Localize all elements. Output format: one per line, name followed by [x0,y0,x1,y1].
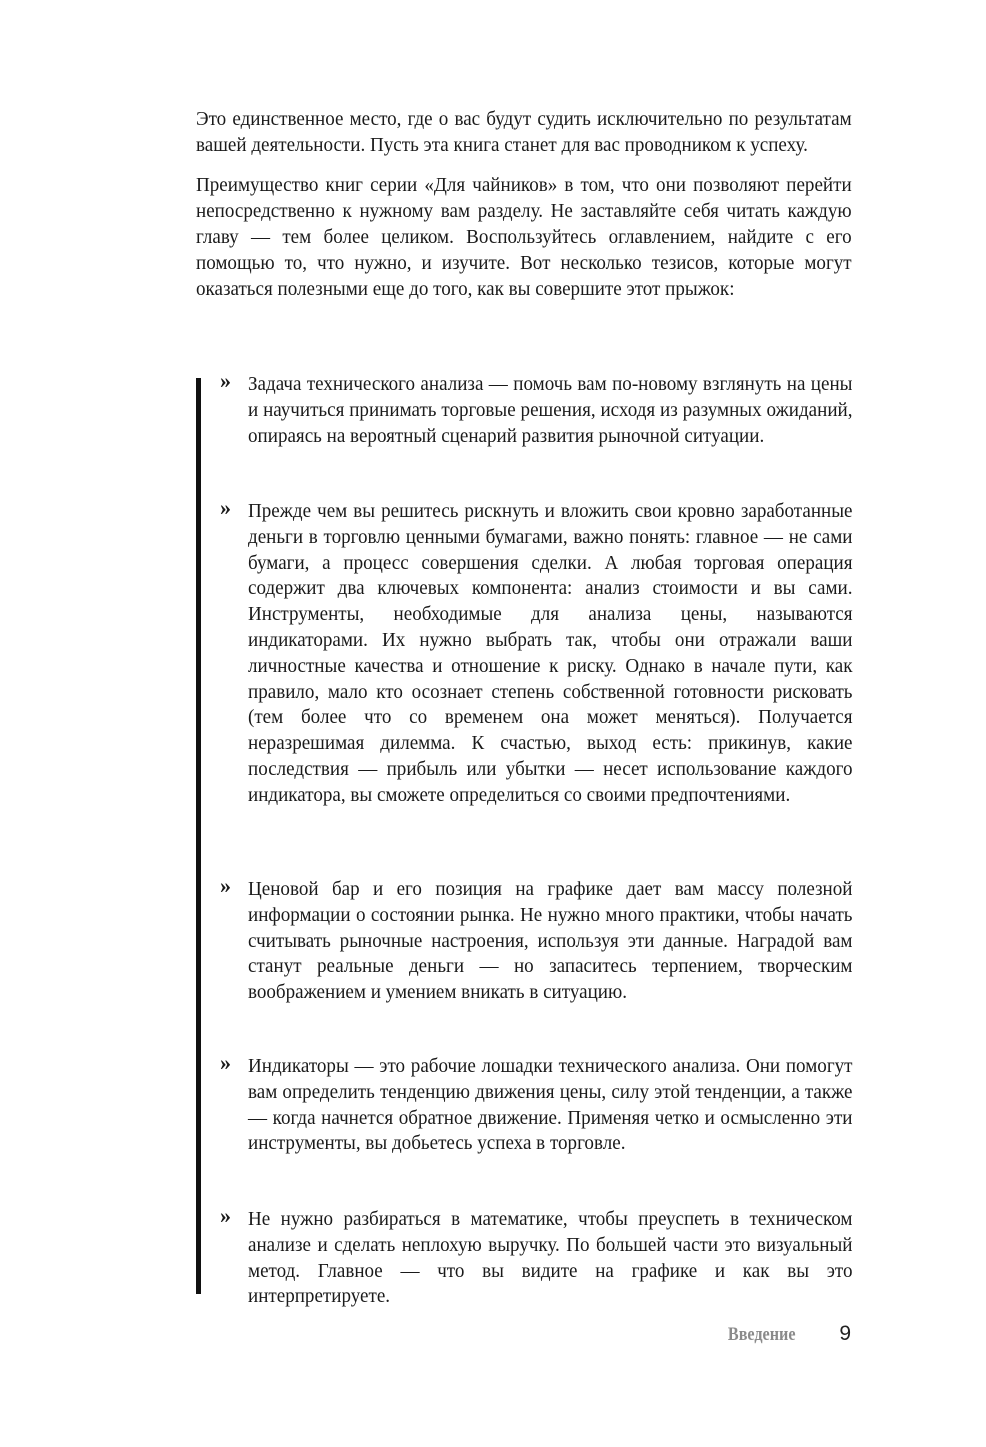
page-number: 9 [839,1322,851,1346]
chevron-bullet-icon: » [220,873,231,899]
intro-text: Это единственное место, где о вас будут … [196,106,852,316]
intro-paragraph-2: Преимущество книг серии «Для чайников» в… [196,172,852,302]
list-item-text: Индикаторы — это рабочие лошадки техниче… [248,1054,853,1157]
section-title: Введение [727,1324,795,1346]
list-item: » Ценовой бар и его позиция на графике д… [196,877,898,1006]
list-item: » Прежде чем вы решитесь рискнуть и влож… [196,499,898,809]
page-footer: Введение 9 [660,1322,855,1352]
list-item: » Не нужно разбираться в математике, что… [196,1207,898,1310]
intro-paragraph-1: Это единственное место, где о вас будут … [196,106,852,158]
chevron-bullet-icon: » [220,495,231,521]
chevron-bullet-icon: » [220,1050,231,1076]
list-item: » Индикаторы — это рабочие лошадки техни… [196,1054,898,1157]
list-item-text: Прежде чем вы решитесь рискнуть и вложит… [248,499,853,809]
list-item: » Задача технического анализа — помочь в… [196,372,898,449]
list-item-text: Задача технического анализа — помочь вам… [248,372,853,449]
list-item-text: Не нужно разбираться в математике, чтобы… [248,1207,853,1310]
chevron-bullet-icon: » [220,1203,231,1229]
chevron-bullet-icon: » [220,368,231,394]
list-item-text: Ценовой бар и его позиция на графике дае… [248,877,853,1006]
